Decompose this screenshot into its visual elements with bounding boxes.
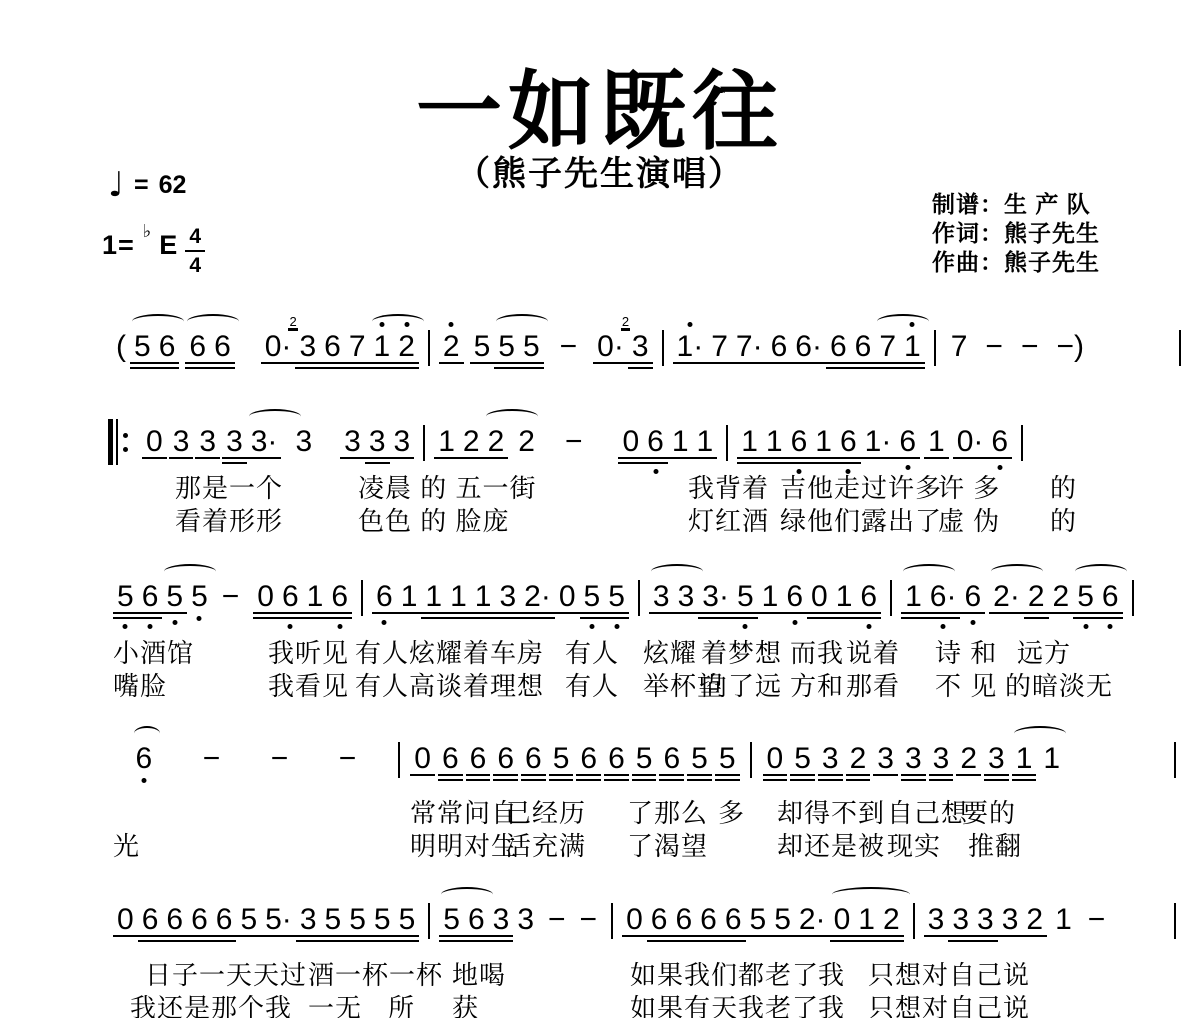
beam-line bbox=[395, 940, 420, 942]
beam-line bbox=[155, 367, 180, 369]
note-token: 1 bbox=[475, 580, 492, 614]
lyric-segment: 了那么 bbox=[627, 793, 708, 830]
note-token: − bbox=[203, 742, 221, 776]
note-token: 3 bbox=[653, 580, 670, 614]
note-token: 6 bbox=[675, 903, 692, 937]
beam-line bbox=[901, 779, 926, 781]
lyric-segment: 诗 和 bbox=[935, 633, 997, 670]
beam-line bbox=[169, 457, 194, 459]
beam-line bbox=[770, 935, 795, 937]
beam-line bbox=[345, 367, 370, 369]
note-token: 1 bbox=[401, 580, 418, 614]
barline bbox=[890, 580, 892, 616]
note-token: 5 bbox=[737, 580, 754, 614]
octave-dot-above bbox=[449, 322, 454, 327]
note-token: 3 bbox=[369, 425, 386, 459]
lyric-segment: 我还是那个我 bbox=[130, 988, 292, 1018]
beam-line bbox=[130, 362, 155, 364]
barline bbox=[638, 580, 640, 616]
note-token: 2 bbox=[463, 425, 480, 459]
beam-line bbox=[212, 935, 237, 937]
beam-line bbox=[470, 362, 495, 364]
note-token: 7· bbox=[736, 330, 763, 364]
note-token: 3 bbox=[226, 425, 243, 459]
beam-line bbox=[345, 362, 370, 364]
note-token: 6 bbox=[282, 580, 299, 614]
note-token: 6 bbox=[159, 330, 176, 364]
note-token: 1 bbox=[425, 580, 442, 614]
note-token: 3 bbox=[1002, 903, 1019, 937]
beam-line bbox=[493, 779, 518, 781]
beam-line bbox=[987, 457, 1012, 459]
note-token: 6 bbox=[791, 425, 808, 459]
note-token: 5 bbox=[636, 742, 653, 776]
beam-line bbox=[365, 457, 390, 459]
note-token: 3 bbox=[988, 742, 1005, 776]
beam-line bbox=[807, 612, 832, 614]
beam-line bbox=[763, 779, 788, 781]
beam-line bbox=[464, 935, 489, 937]
note-token: 6 bbox=[899, 425, 916, 459]
beam-line bbox=[303, 617, 328, 619]
note-token: 5 bbox=[498, 330, 515, 364]
beam-line bbox=[901, 617, 926, 619]
note-token: 5 bbox=[691, 742, 708, 776]
beam-line bbox=[549, 779, 574, 781]
barline bbox=[361, 580, 363, 616]
beam-line bbox=[327, 612, 352, 614]
beam-line bbox=[948, 935, 973, 937]
lyric-segment: 我 bbox=[818, 955, 845, 992]
beam-line bbox=[549, 774, 574, 776]
beam-line bbox=[687, 774, 712, 776]
note-token: 7 bbox=[951, 330, 968, 364]
beam-line bbox=[901, 774, 926, 776]
beam-line bbox=[673, 362, 708, 364]
beam-line bbox=[236, 935, 261, 937]
notation-line-1: (56660·2367122555−0·231·77·66·66717−−−) bbox=[112, 330, 1190, 370]
slur-arc bbox=[187, 314, 239, 329]
beam-line bbox=[832, 612, 857, 614]
lyric-segment: 只想对自己说 bbox=[868, 988, 1030, 1018]
beam-line bbox=[604, 612, 629, 614]
beam-line bbox=[446, 612, 471, 614]
beam-line bbox=[295, 367, 320, 369]
note-token: 6 bbox=[860, 580, 877, 614]
beam-line bbox=[580, 617, 605, 619]
beam-line bbox=[395, 935, 420, 937]
beam-line bbox=[659, 774, 684, 776]
beam-line bbox=[1098, 612, 1123, 614]
beam-line bbox=[795, 935, 830, 937]
beam-line bbox=[210, 362, 235, 364]
beam-line bbox=[929, 779, 954, 781]
note-token: 6 bbox=[142, 580, 159, 614]
note-token: 5 bbox=[750, 903, 767, 937]
note-token: 6 bbox=[1102, 580, 1119, 614]
beam-line bbox=[790, 774, 815, 776]
note-token: 6 bbox=[840, 425, 857, 459]
lyric-segment: 光 bbox=[113, 826, 140, 863]
note-token: 3 bbox=[295, 425, 312, 459]
lyric-segment: 说着 bbox=[846, 633, 900, 670]
barline bbox=[1132, 580, 1134, 616]
note-token: 5 bbox=[474, 330, 491, 364]
note-token: 1 bbox=[928, 425, 945, 459]
beam-line bbox=[1024, 612, 1049, 614]
lyric-segment: 己经历 bbox=[505, 793, 586, 830]
beam-line bbox=[1022, 935, 1047, 937]
beam-line bbox=[520, 612, 555, 614]
note-token: 6 bbox=[855, 330, 872, 364]
lyric-segment: 常常问自 bbox=[410, 793, 518, 830]
beam-line bbox=[185, 362, 210, 364]
beam-line bbox=[671, 935, 696, 937]
lyric-segment: 日子一天天过 bbox=[145, 955, 307, 992]
note-token: 1 bbox=[836, 580, 853, 614]
note-token: 6 bbox=[647, 425, 664, 459]
note-token: − bbox=[1088, 903, 1106, 937]
lyric-segment: 许 多 bbox=[938, 468, 1000, 505]
beam-line bbox=[278, 617, 303, 619]
sheet-music-page: 一如既往 （熊子先生演唱） ♩ = 62 1= ♭ E 4 4 制谱：生 产 队… bbox=[0, 0, 1200, 1018]
beam-line bbox=[632, 779, 657, 781]
barline bbox=[423, 425, 425, 461]
note-token: 5 bbox=[794, 742, 811, 776]
beam-line bbox=[253, 617, 278, 619]
note-token: 5 bbox=[117, 580, 134, 614]
slur-arc bbox=[991, 564, 1043, 579]
beam-line bbox=[707, 362, 732, 364]
beam-line bbox=[604, 779, 629, 781]
lyric-segment: 远方 bbox=[1017, 633, 1071, 670]
note-token: 3 bbox=[173, 425, 190, 459]
beam-line bbox=[247, 457, 282, 459]
beam-line bbox=[489, 940, 514, 942]
beam-line bbox=[446, 617, 471, 619]
note-token: 3 bbox=[199, 425, 216, 459]
note-token: 5 bbox=[399, 903, 416, 937]
beam-line bbox=[733, 612, 758, 614]
note-token: 5 bbox=[240, 903, 257, 937]
beam-line bbox=[296, 935, 321, 937]
barline bbox=[662, 330, 664, 366]
note-token: 6 bbox=[470, 742, 487, 776]
note-token: 6 bbox=[580, 742, 597, 776]
note-token: 6 bbox=[376, 580, 393, 614]
beam-line bbox=[618, 457, 643, 459]
note-token: 5 bbox=[134, 330, 151, 364]
note-token: 3 bbox=[905, 742, 922, 776]
note-token: 1 bbox=[307, 580, 324, 614]
beam-line bbox=[390, 457, 415, 459]
lyric-segment: 了渴望 bbox=[627, 826, 708, 863]
note-token: 0 bbox=[257, 580, 274, 614]
octave-dot-below bbox=[141, 778, 146, 783]
beam-line bbox=[494, 367, 519, 369]
beam-line bbox=[953, 457, 988, 459]
beam-line bbox=[519, 367, 544, 369]
note-token: 1 bbox=[762, 580, 779, 614]
note-token: − bbox=[565, 425, 583, 459]
slur-arc bbox=[441, 887, 493, 902]
octave-dot-above bbox=[404, 322, 409, 327]
beam-line bbox=[826, 362, 851, 364]
note-token: 3 bbox=[499, 580, 516, 614]
note-token: 6 bbox=[166, 903, 183, 937]
note-token: − bbox=[222, 580, 240, 614]
beam-line bbox=[261, 362, 296, 364]
lyric-segment: 嘴脸 bbox=[113, 666, 167, 703]
beam-line bbox=[593, 362, 628, 364]
beam-line bbox=[394, 362, 419, 364]
beam-line bbox=[693, 457, 718, 459]
beam-line bbox=[873, 774, 898, 776]
note-token: 0 bbox=[811, 580, 828, 614]
note-token: 6 bbox=[142, 903, 159, 937]
note-token: 0 bbox=[146, 425, 163, 459]
barline bbox=[428, 903, 430, 939]
octave-dot-below bbox=[970, 620, 975, 625]
beam-line bbox=[632, 774, 657, 776]
beam-line bbox=[495, 617, 520, 619]
beam-line bbox=[973, 935, 998, 937]
note-token: 3 bbox=[394, 425, 411, 459]
beam-line bbox=[439, 940, 464, 942]
octave-dot-below bbox=[382, 620, 387, 625]
beam-line bbox=[733, 617, 758, 619]
beam-line bbox=[762, 462, 787, 464]
beam-line bbox=[421, 617, 446, 619]
repeat-start-sign bbox=[108, 419, 128, 465]
note-token: 6 bbox=[468, 903, 485, 937]
beam-line bbox=[807, 617, 832, 619]
beam-line bbox=[989, 612, 1024, 614]
beam-line bbox=[138, 617, 163, 619]
slur-arc bbox=[832, 887, 910, 902]
lyric-segment: 一无 bbox=[308, 988, 362, 1018]
beam-line bbox=[484, 457, 509, 459]
octave-dot-below bbox=[743, 624, 748, 629]
octave-dot-below bbox=[148, 624, 153, 629]
beam-line bbox=[555, 612, 580, 614]
slur-arc bbox=[651, 564, 703, 579]
beam-line bbox=[210, 367, 235, 369]
octave-dot-below bbox=[653, 469, 658, 474]
lyric-segment: 向了远 bbox=[701, 666, 782, 703]
beam-line bbox=[836, 462, 861, 464]
beam-line bbox=[721, 940, 746, 942]
beam-line bbox=[1024, 617, 1049, 619]
slur-arc bbox=[164, 564, 216, 579]
beam-line bbox=[758, 612, 783, 614]
note-token: 6 bbox=[189, 330, 206, 364]
beam-line bbox=[782, 612, 807, 614]
note-token: 6· bbox=[930, 580, 957, 614]
note-token: 5 bbox=[719, 742, 736, 776]
beam-line bbox=[790, 779, 815, 781]
beam-line bbox=[222, 462, 247, 464]
beam-line bbox=[1012, 774, 1037, 776]
beam-line bbox=[439, 935, 464, 937]
lyric-segment: 绿他们露出了 bbox=[780, 501, 942, 538]
beam-line bbox=[984, 774, 1009, 776]
barline bbox=[913, 903, 915, 939]
note-token: 6 bbox=[497, 742, 514, 776]
lyric-segment: 我 bbox=[818, 988, 845, 1018]
beam-line bbox=[421, 612, 446, 614]
note-token: 6 bbox=[525, 742, 542, 776]
beam-line bbox=[321, 935, 346, 937]
note-token: 3 bbox=[822, 742, 839, 776]
beam-line bbox=[459, 457, 484, 459]
beam-line bbox=[643, 462, 668, 464]
beam-line bbox=[320, 362, 345, 364]
octave-dot-below bbox=[1083, 624, 1088, 629]
beam-line bbox=[737, 462, 762, 464]
beam-line bbox=[576, 774, 601, 776]
slur-arc bbox=[134, 726, 160, 741]
beam-line bbox=[618, 462, 643, 464]
note-token: 6 bbox=[830, 330, 847, 364]
beam-line bbox=[787, 462, 812, 464]
note-token: − bbox=[1021, 330, 1039, 364]
note-token: 3· bbox=[702, 580, 729, 614]
note-token: 1· bbox=[677, 330, 704, 364]
lyric-segment: 活充满 bbox=[505, 826, 586, 863]
slur-arc bbox=[877, 314, 929, 329]
note-token: 2· bbox=[799, 903, 826, 937]
note-token: 6 bbox=[700, 903, 717, 937]
beam-line bbox=[818, 774, 843, 776]
lyric-segment: 那是一个 bbox=[175, 468, 283, 505]
beam-line bbox=[960, 612, 985, 614]
beam-line bbox=[493, 774, 518, 776]
barline bbox=[750, 742, 752, 778]
note-token: 2 bbox=[960, 742, 977, 776]
lyric-segment: 却还是被 bbox=[777, 826, 885, 863]
beam-line bbox=[489, 935, 514, 937]
lyric-segment: 自己想 bbox=[887, 793, 968, 830]
note-token: 6 bbox=[324, 330, 341, 364]
beam-line bbox=[763, 774, 788, 776]
beam-line bbox=[370, 367, 395, 369]
note-token: 5 bbox=[1077, 580, 1094, 614]
beam-line bbox=[973, 940, 998, 942]
beam-line bbox=[715, 779, 740, 781]
note-token: 0 bbox=[559, 580, 576, 614]
beam-line bbox=[155, 362, 180, 364]
note-token: − bbox=[548, 903, 566, 937]
beam-line bbox=[767, 362, 792, 364]
note-token: 6 bbox=[214, 330, 231, 364]
note-token: − bbox=[339, 742, 357, 776]
note-token: − bbox=[560, 330, 578, 364]
note-token: 2 bbox=[488, 425, 505, 459]
beam-line bbox=[187, 940, 212, 942]
beam-line bbox=[926, 612, 961, 614]
beam-line bbox=[580, 612, 605, 614]
beam-line bbox=[162, 612, 187, 614]
barline bbox=[1021, 425, 1023, 461]
beam-line bbox=[926, 617, 961, 619]
beam-line bbox=[854, 940, 879, 942]
beam-line bbox=[895, 457, 920, 459]
beam-line bbox=[851, 362, 876, 364]
octave-dot-below bbox=[172, 620, 177, 625]
octave-dot-below bbox=[1108, 624, 1113, 629]
beam-line bbox=[439, 362, 464, 364]
beam-line bbox=[410, 774, 435, 776]
note-token: − bbox=[271, 742, 289, 776]
beam-line bbox=[295, 362, 320, 364]
note-token: 6 bbox=[991, 425, 1008, 459]
beam-line bbox=[791, 362, 826, 364]
note-token: − bbox=[985, 330, 1003, 364]
beam-line bbox=[698, 612, 733, 614]
beam-line bbox=[370, 940, 395, 942]
lyric-segment: 方和 bbox=[790, 666, 844, 703]
note-token: 0· bbox=[957, 425, 984, 459]
note-token: 6 bbox=[442, 742, 459, 776]
note-token: 6 bbox=[216, 903, 233, 937]
beam-line bbox=[1012, 779, 1037, 781]
barline bbox=[611, 903, 613, 939]
lyric-segment: 那看 bbox=[846, 666, 900, 703]
note-token: 3· bbox=[251, 425, 278, 459]
beam-line bbox=[365, 462, 390, 464]
note-token: − bbox=[580, 903, 598, 937]
beam-line bbox=[900, 367, 925, 369]
beam-line bbox=[628, 367, 653, 369]
note-token: 5 bbox=[191, 580, 208, 614]
beam-line bbox=[464, 940, 489, 942]
beam-line bbox=[519, 362, 544, 364]
beam-line bbox=[394, 367, 419, 369]
beam-line bbox=[1049, 612, 1074, 614]
note-token: 5 bbox=[374, 903, 391, 937]
beam-line bbox=[643, 457, 668, 459]
note-token: 7 bbox=[711, 330, 728, 364]
beam-line bbox=[900, 362, 925, 364]
beam-line bbox=[138, 935, 163, 937]
note-token: 1 bbox=[815, 425, 832, 459]
lyric-segment: 我背着 bbox=[688, 468, 769, 505]
octave-dot-above bbox=[687, 322, 692, 327]
note-token: 1· bbox=[865, 425, 892, 459]
lyric-segment: 的 bbox=[1050, 468, 1077, 505]
note-token: 6 bbox=[331, 580, 348, 614]
beam-line bbox=[924, 457, 949, 459]
beam-line bbox=[696, 935, 721, 937]
tuplet-number: 2 bbox=[288, 315, 297, 329]
beam-line bbox=[471, 617, 496, 619]
lyric-segment: 如果有天我老了 bbox=[630, 988, 819, 1018]
note-token: 1 bbox=[1016, 742, 1033, 776]
beam-line bbox=[222, 457, 247, 459]
note-token: 7 bbox=[349, 330, 366, 364]
beam-line bbox=[762, 457, 787, 459]
beam-line bbox=[998, 935, 1023, 937]
slur-arc bbox=[372, 314, 424, 329]
lyric-segment: 我听见 bbox=[268, 633, 349, 670]
note-token: 3 bbox=[344, 425, 361, 459]
note-token: 6 bbox=[725, 903, 742, 937]
score-area: (56660·2367122555−0·231·77·66·66717−−−)0… bbox=[0, 0, 1200, 1018]
beam-line bbox=[142, 457, 167, 459]
beam-line bbox=[830, 935, 855, 937]
beam-line bbox=[811, 457, 836, 459]
